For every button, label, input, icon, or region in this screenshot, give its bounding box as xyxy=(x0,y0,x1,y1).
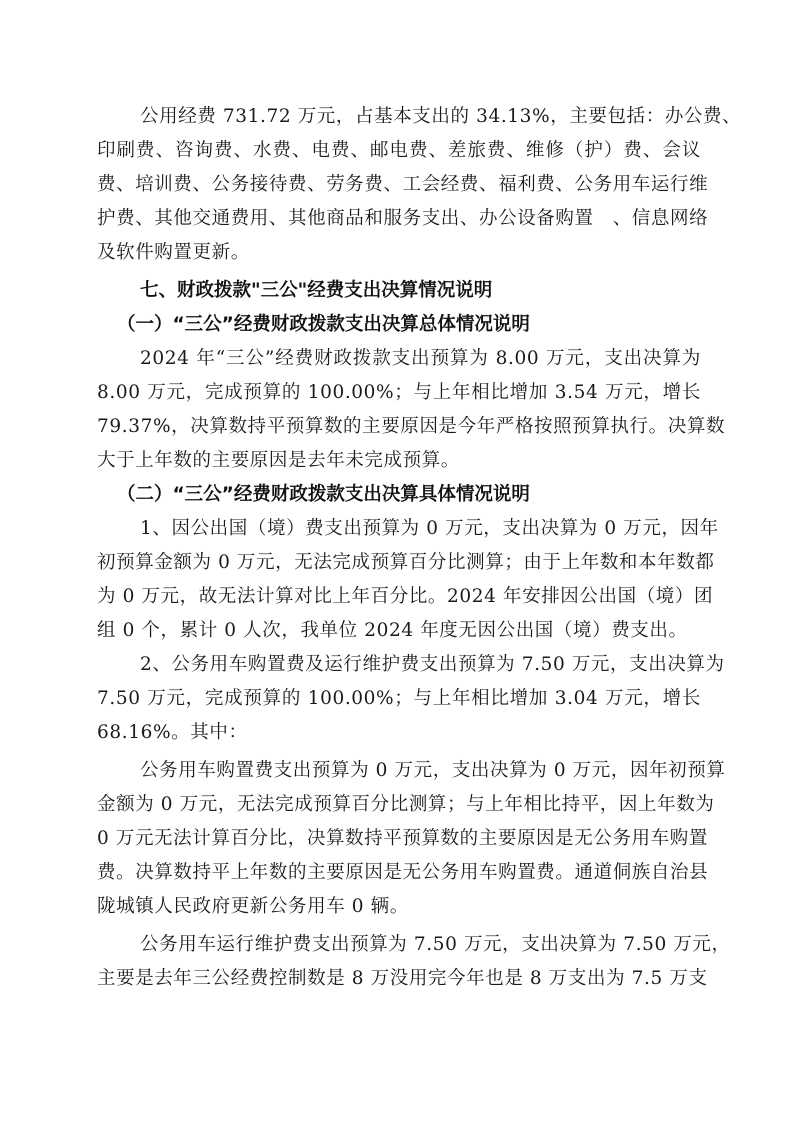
text-line: 陇城镇人民政府更新公务用车 0 辆。 xyxy=(97,890,701,924)
text-line: 79.37%，决算数持平预算数的主要原因是今年严格按照预算执行。决算数 xyxy=(97,410,701,444)
text-line: 费、培训费、公务接待费、劳务费、工会经费、福利费、公务用车运行维 xyxy=(97,168,701,202)
paragraph-public-funds: 公用经费 731.72 万元，占基本支出的 34.13%，主要包括：办公费、 印… xyxy=(97,100,701,270)
text-line: 公务用车运行维护费支出预算为 7.50 万元，支出决算为 7.50 万元， xyxy=(97,928,701,962)
text-line: 费。决算数持平上年数的主要原因是无公务用车购置费。通道侗族自治县 xyxy=(97,856,701,890)
section-heading: 七、财政拨款"三公"经费支出决算情况说明 xyxy=(97,274,701,308)
text-line: 组 0 个，累计 0 人次，我单位 2024 年度无因公出国（境）费支出。 xyxy=(97,614,701,648)
text-line: 印刷费、咨询费、水费、电费、邮电费、差旅费、维修（护）费、会议 xyxy=(97,134,701,168)
text-line: 8.00 万元，完成预算的 100.00%；与上年相比增加 3.54 万元，增长 xyxy=(97,376,701,410)
paragraph-overseas: 1、因公出国（境）费支出预算为 0 万元，支出决算为 0 万元，因年 初预算金额… xyxy=(97,512,701,648)
text-line: 0 万元无法计算百分比，决算数持平预算数的主要原因是无公务用车购置 xyxy=(97,822,701,856)
paragraph-vehicles: 2、公务用车购置费及运行维护费支出预算为 7.50 万元，支出决算为 7.50 … xyxy=(97,648,701,750)
text-line: 2024 年“三公”经费财政拨款支出预算为 8.00 万元，支出决算为 xyxy=(97,342,701,376)
paragraph-vehicle-purchase: 公务用车购置费支出预算为 0 万元，支出决算为 0 万元，因年初预算 金额为 0… xyxy=(97,754,701,924)
text-line: 公务用车购置费支出预算为 0 万元，支出决算为 0 万元，因年初预算 xyxy=(97,754,701,788)
document-page: 公用经费 731.72 万元，占基本支出的 34.13%，主要包括：办公费、 印… xyxy=(97,100,701,996)
subsection-heading: （二）“三公”经费财政拨款支出决算具体情况说明 xyxy=(97,478,701,512)
text-line: 1、因公出国（境）费支出预算为 0 万元，支出决算为 0 万元，因年 xyxy=(97,512,701,546)
text-line: 主要是去年三公经费控制数是 8 万没用完今年也是 8 万支出为 7.5 万支 xyxy=(97,962,701,996)
text-line: 公用经费 731.72 万元，占基本支出的 34.13%，主要包括：办公费、 xyxy=(97,100,701,134)
subsection-heading: （一）“三公”经费财政拨款支出决算总体情况说明 xyxy=(97,308,701,342)
text-line: 初预算金额为 0 万元，无法完成预算百分比测算；由于上年数和本年数都 xyxy=(97,546,701,580)
text-line: 68.16%。其中： xyxy=(97,716,701,750)
text-line: 及软件购置更新。 xyxy=(97,236,701,270)
text-line: 大于上年数的主要原因是去年未完成预算。 xyxy=(97,444,701,478)
text-line: 7.50 万元，完成预算的 100.00%；与上年相比增加 3.04 万元，增长 xyxy=(97,682,701,716)
text-line: 为 0 万元，故无法计算对比上年百分比。2024 年安排因公出国（境）团 xyxy=(97,580,701,614)
text-line: 金额为 0 万元，无法完成预算百分比测算；与上年相比持平，因上年数为 xyxy=(97,788,701,822)
text-line: 2、公务用车购置费及运行维护费支出预算为 7.50 万元，支出决算为 xyxy=(97,648,701,682)
paragraph-overall: 2024 年“三公”经费财政拨款支出预算为 8.00 万元，支出决算为 8.00… xyxy=(97,342,701,478)
text-line: 护费、其他交通费用、其他商品和服务支出、办公设备购置 、信息网络 xyxy=(97,202,701,236)
paragraph-vehicle-operation: 公务用车运行维护费支出预算为 7.50 万元，支出决算为 7.50 万元， 主要… xyxy=(97,928,701,996)
